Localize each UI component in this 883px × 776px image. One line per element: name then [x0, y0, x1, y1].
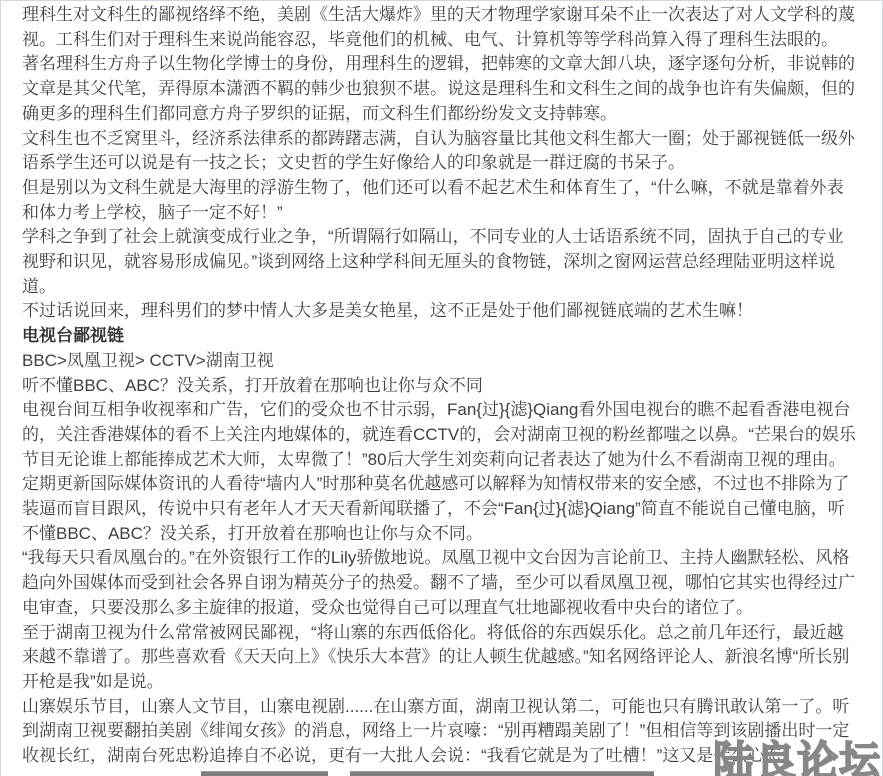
paragraph: 著名理科生方舟子以生物化学博士的身份，用理科生的逻辑，把韩寒的文章大卸八块，逐字… [22, 52, 860, 126]
paragraph: 学科之争到了社会上就演变成行业之争，“所谓隔行如隔山，不同专业的人士话语系统不同… [22, 225, 860, 299]
article-page: 理科生对文科生的鄙视络绎不绝，美剧《生活大爆炸》里的天才物理学家谢耳朵不止一次表… [0, 0, 883, 776]
cutoff-next-line-highlight [201, 771, 328, 776]
paragraph: 但是别以为文科生就是大海里的浮游生物了，他们还可以看不起艺术生和体育生了，“什么… [22, 176, 860, 225]
paragraph: 文科生也不乏窝里斗，经济系法律系的都踌躇志满，自认为脑容量比其他文科生都大一圈；… [22, 127, 860, 176]
paragraph: 山寨娱乐节目，山寨人文节目，山寨电视剧......在山寨方面，湖南卫视认第二，可… [22, 695, 860, 769]
paragraph: 定期更新国际媒体资讯的人看待“墙内人”时那种莫名优越感可以解释为知情权带来的安全… [22, 472, 860, 546]
paragraph: 听不懂BBC、ABC？没关系，打开放着在那响也让你与众不同 [22, 374, 860, 399]
paragraph: “我每天只看凤凰台的。”在外资银行工作的Lily骄傲地说。凤凰卫视中文台因为言论… [22, 546, 860, 620]
paragraph: 不过话说回来，理科男们的梦中情人大多是美女艳星，这不正是处于他们鄙视链底端的艺术… [22, 299, 860, 324]
paragraph: BBC>凤凰卫视> CCTV>湖南卫视 [22, 349, 860, 374]
paragraph: 理科生对文科生的鄙视络绎不绝，美剧《生活大爆炸》里的天才物理学家谢耳朵不止一次表… [22, 3, 860, 52]
section-heading: 电视台鄙视链 [22, 324, 860, 349]
article-body: 理科生对文科生的鄙视络绎不绝，美剧《生活大爆炸》里的天才物理学家谢耳朵不止一次表… [1, 1, 882, 776]
paragraph: 至于湖南卫视为什么常常被网民鄙视，“将山寨的东西低俗化。将低俗的东西娱乐化。总之… [22, 621, 860, 695]
paragraph: 电视台间互相争收视率和广告，它们的受众也不甘示弱，Fan{过}{滤}Qiang看… [22, 398, 860, 472]
cutoff-next-line-highlight [350, 771, 654, 776]
